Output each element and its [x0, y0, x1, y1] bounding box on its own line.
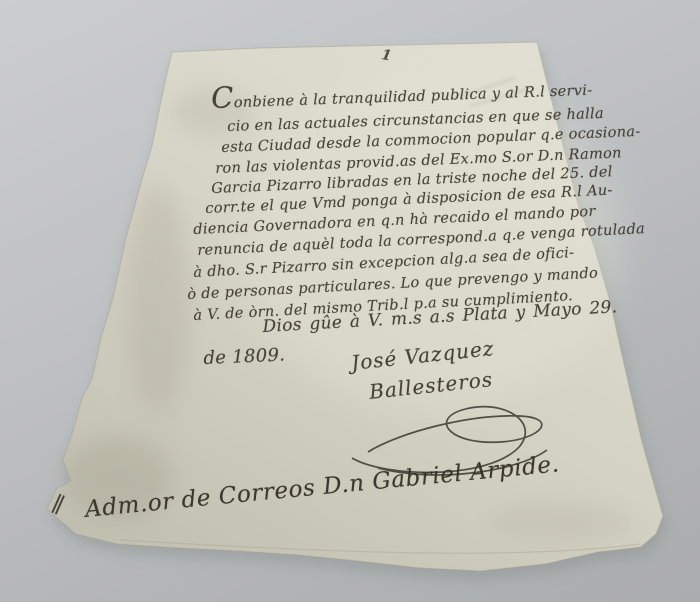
address-flourish: ∥: [48, 492, 68, 519]
address-line: Adm.or de Correos D.n Gabriel Arpide.: [84, 451, 561, 523]
photo-backdrop: 1 Conbiene à la tranquilidad publica y a…: [0, 0, 700, 602]
letter-text: 1 Conbiene à la tranquilidad publica y a…: [0, 0, 700, 602]
letter-line: Conbiene à la tranquilidad publica y al …: [211, 80, 593, 112]
page-number-mark: 1: [380, 47, 393, 65]
signature-name-line2: Ballesteros: [368, 367, 494, 404]
dateline-year: de 1809.: [203, 344, 286, 369]
